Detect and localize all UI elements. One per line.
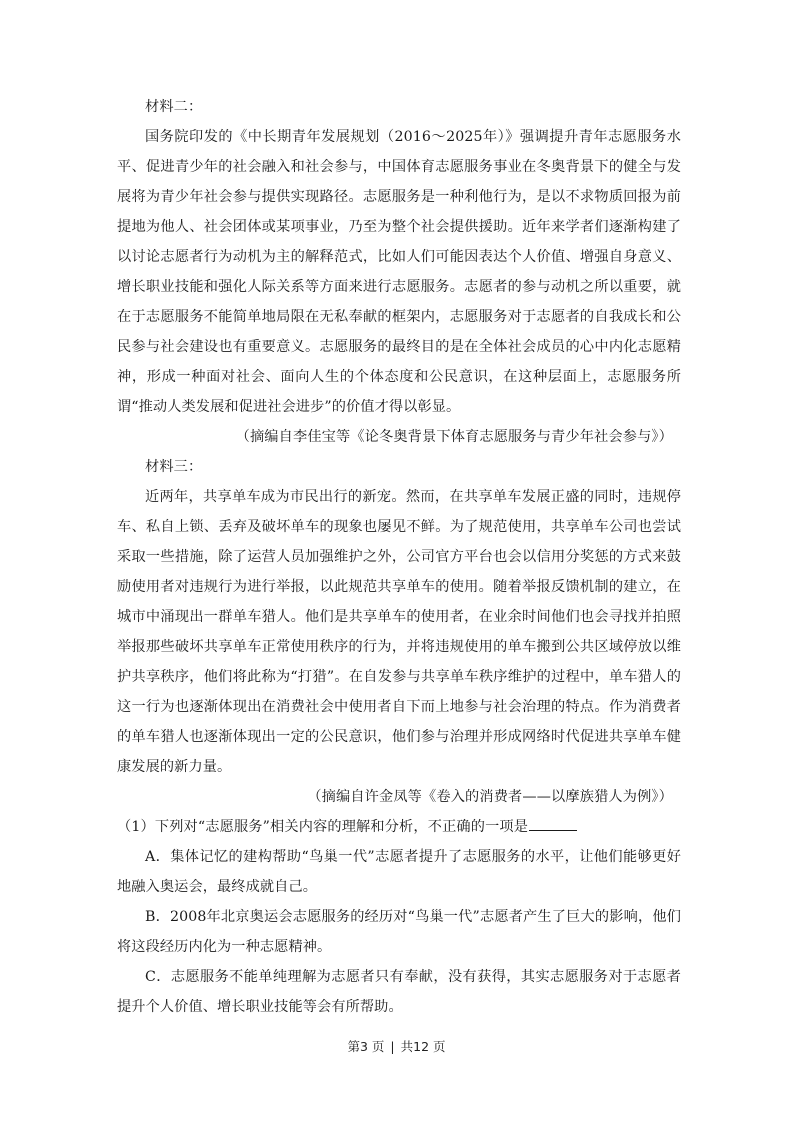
material-three-source: （摘编自许金凤等《卷入的消费者——以摩族猎人为例》） (117, 782, 681, 812)
material-two-label: 材料二： (117, 92, 681, 122)
page-separator: | (390, 1039, 394, 1054)
question-stem: （1）下列对“志愿服务”相关内容的理解和分析，不正确的一项是 (117, 812, 681, 842)
page-footer: 第3 页|共12 页 (0, 1037, 793, 1055)
material-three-paragraph: 近两年，共享单车成为市民出行的新宠。然而，在共享单车发展正盛的同时，违规停车、私… (117, 482, 681, 782)
material-two-paragraph: 国务院印发的《中长期青年发展规划（2016～2025年）》强调提升青年志愿服务水… (117, 122, 681, 422)
material-three-label: 材料三： (117, 452, 681, 482)
question-stem-text: （1）下列对“志愿服务”相关内容的理解和分析，不正确的一项是 (117, 819, 528, 835)
option-a: A．集体记忆的建构帮助“鸟巢一代”志愿者提升了志愿服务的水平，让他们能够更好地融… (117, 842, 681, 902)
option-b: B．2008年北京奥运会志愿服务的经历对“鸟巢一代”志愿者产生了巨大的影响，他们… (117, 902, 681, 962)
material-two-source: （摘编自李佳宝等《论冬奥背景下体育志愿服务与青少年社会参与》） (117, 422, 681, 452)
answer-blank (529, 816, 577, 831)
option-c: C．志愿服务不能单纯理解为志愿者只有奉献，没有获得，其实志愿服务对于志愿者提升个… (117, 962, 681, 1022)
document-page: 材料二： 国务院印发的《中长期青年发展规划（2016～2025年）》强调提升青年… (117, 92, 681, 1022)
page-total: 共12 页 (401, 1039, 446, 1054)
page-current: 第3 页 (347, 1039, 384, 1054)
